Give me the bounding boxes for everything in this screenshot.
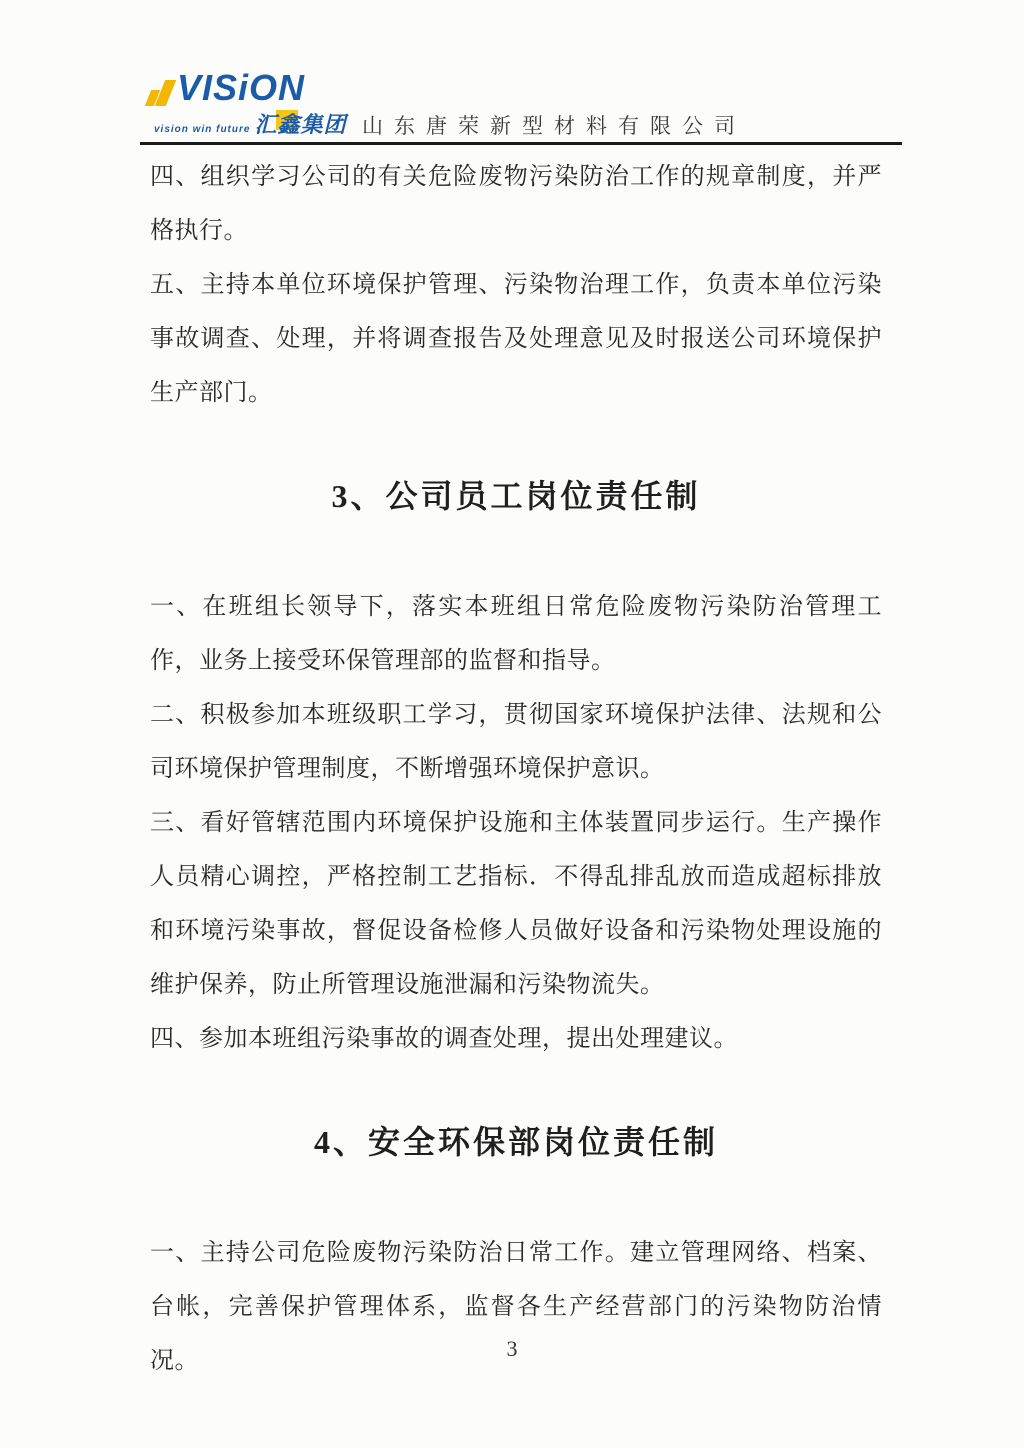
document-page: VISiON vision win future 汇鑫集团 山东唐荣新型材料有限… [0, 0, 1024, 1448]
page-footer: 3 [0, 1336, 1024, 1362]
section-heading-4-safety-dept-duty: 4、安全环保部岗位责任制 [150, 1122, 882, 1162]
logo-tagline-text: vision win future [154, 124, 250, 135]
company-logo: VISiON vision win future 汇鑫集团 [148, 70, 346, 139]
document-body: 四、组织学习公司的有关危险废物污染防治工作的规章制度，并严格执行。 五、主持本单… [150, 150, 882, 1388]
paragraph-clause-2-study-laws: 二、积极参加本班级职工学习，贯彻国家环境保护法律、法规和公司环境保护管理制度，不… [150, 688, 882, 796]
header-rule [140, 142, 902, 145]
paragraph-clause-4-study-rules: 四、组织学习公司的有关危险废物污染防治工作的规章制度，并严格执行。 [150, 150, 882, 258]
paragraph-clause-5-unit-management: 五、主持本单位环境保护管理、污染物治理工作，负责本单位污染事故调查、处理，并将调… [150, 258, 882, 420]
section-heading-3-employee-duty: 3、公司员工岗位责任制 [150, 476, 882, 516]
paragraph-clause-4-accident-invest: 四、参加本班组污染事故的调查处理，提出处理建议。 [150, 1012, 882, 1066]
logo-mark-icon [148, 80, 174, 106]
page-number: 3 [507, 1336, 518, 1361]
logo-brand-text: VISiON [177, 70, 305, 106]
logo-group-text: 汇鑫集团 [254, 112, 346, 137]
paragraph-clause-1-team-leader: 一、在班组长领导下，落实本班组日常危险废物污染防治管理工作，业务上接受环保管理部… [150, 580, 882, 688]
paragraph-clause-1-daily-work: 一、主持公司危险废物污染防治日常工作。建立管理网络、档案、台帐，完善保护管理体系… [150, 1226, 882, 1388]
paragraph-clause-3-facilities: 三、看好管辖范围内环境保护设施和主体装置同步运行。生产操作人员精心调控，严格控制… [150, 796, 882, 1012]
logo-group: 汇鑫集团 [254, 108, 346, 139]
company-name: 山东唐荣新型材料有限公司 [362, 110, 746, 140]
logo-brand-row: VISiON [148, 70, 346, 106]
logo-tagline-row: vision win future 汇鑫集团 [154, 108, 346, 139]
